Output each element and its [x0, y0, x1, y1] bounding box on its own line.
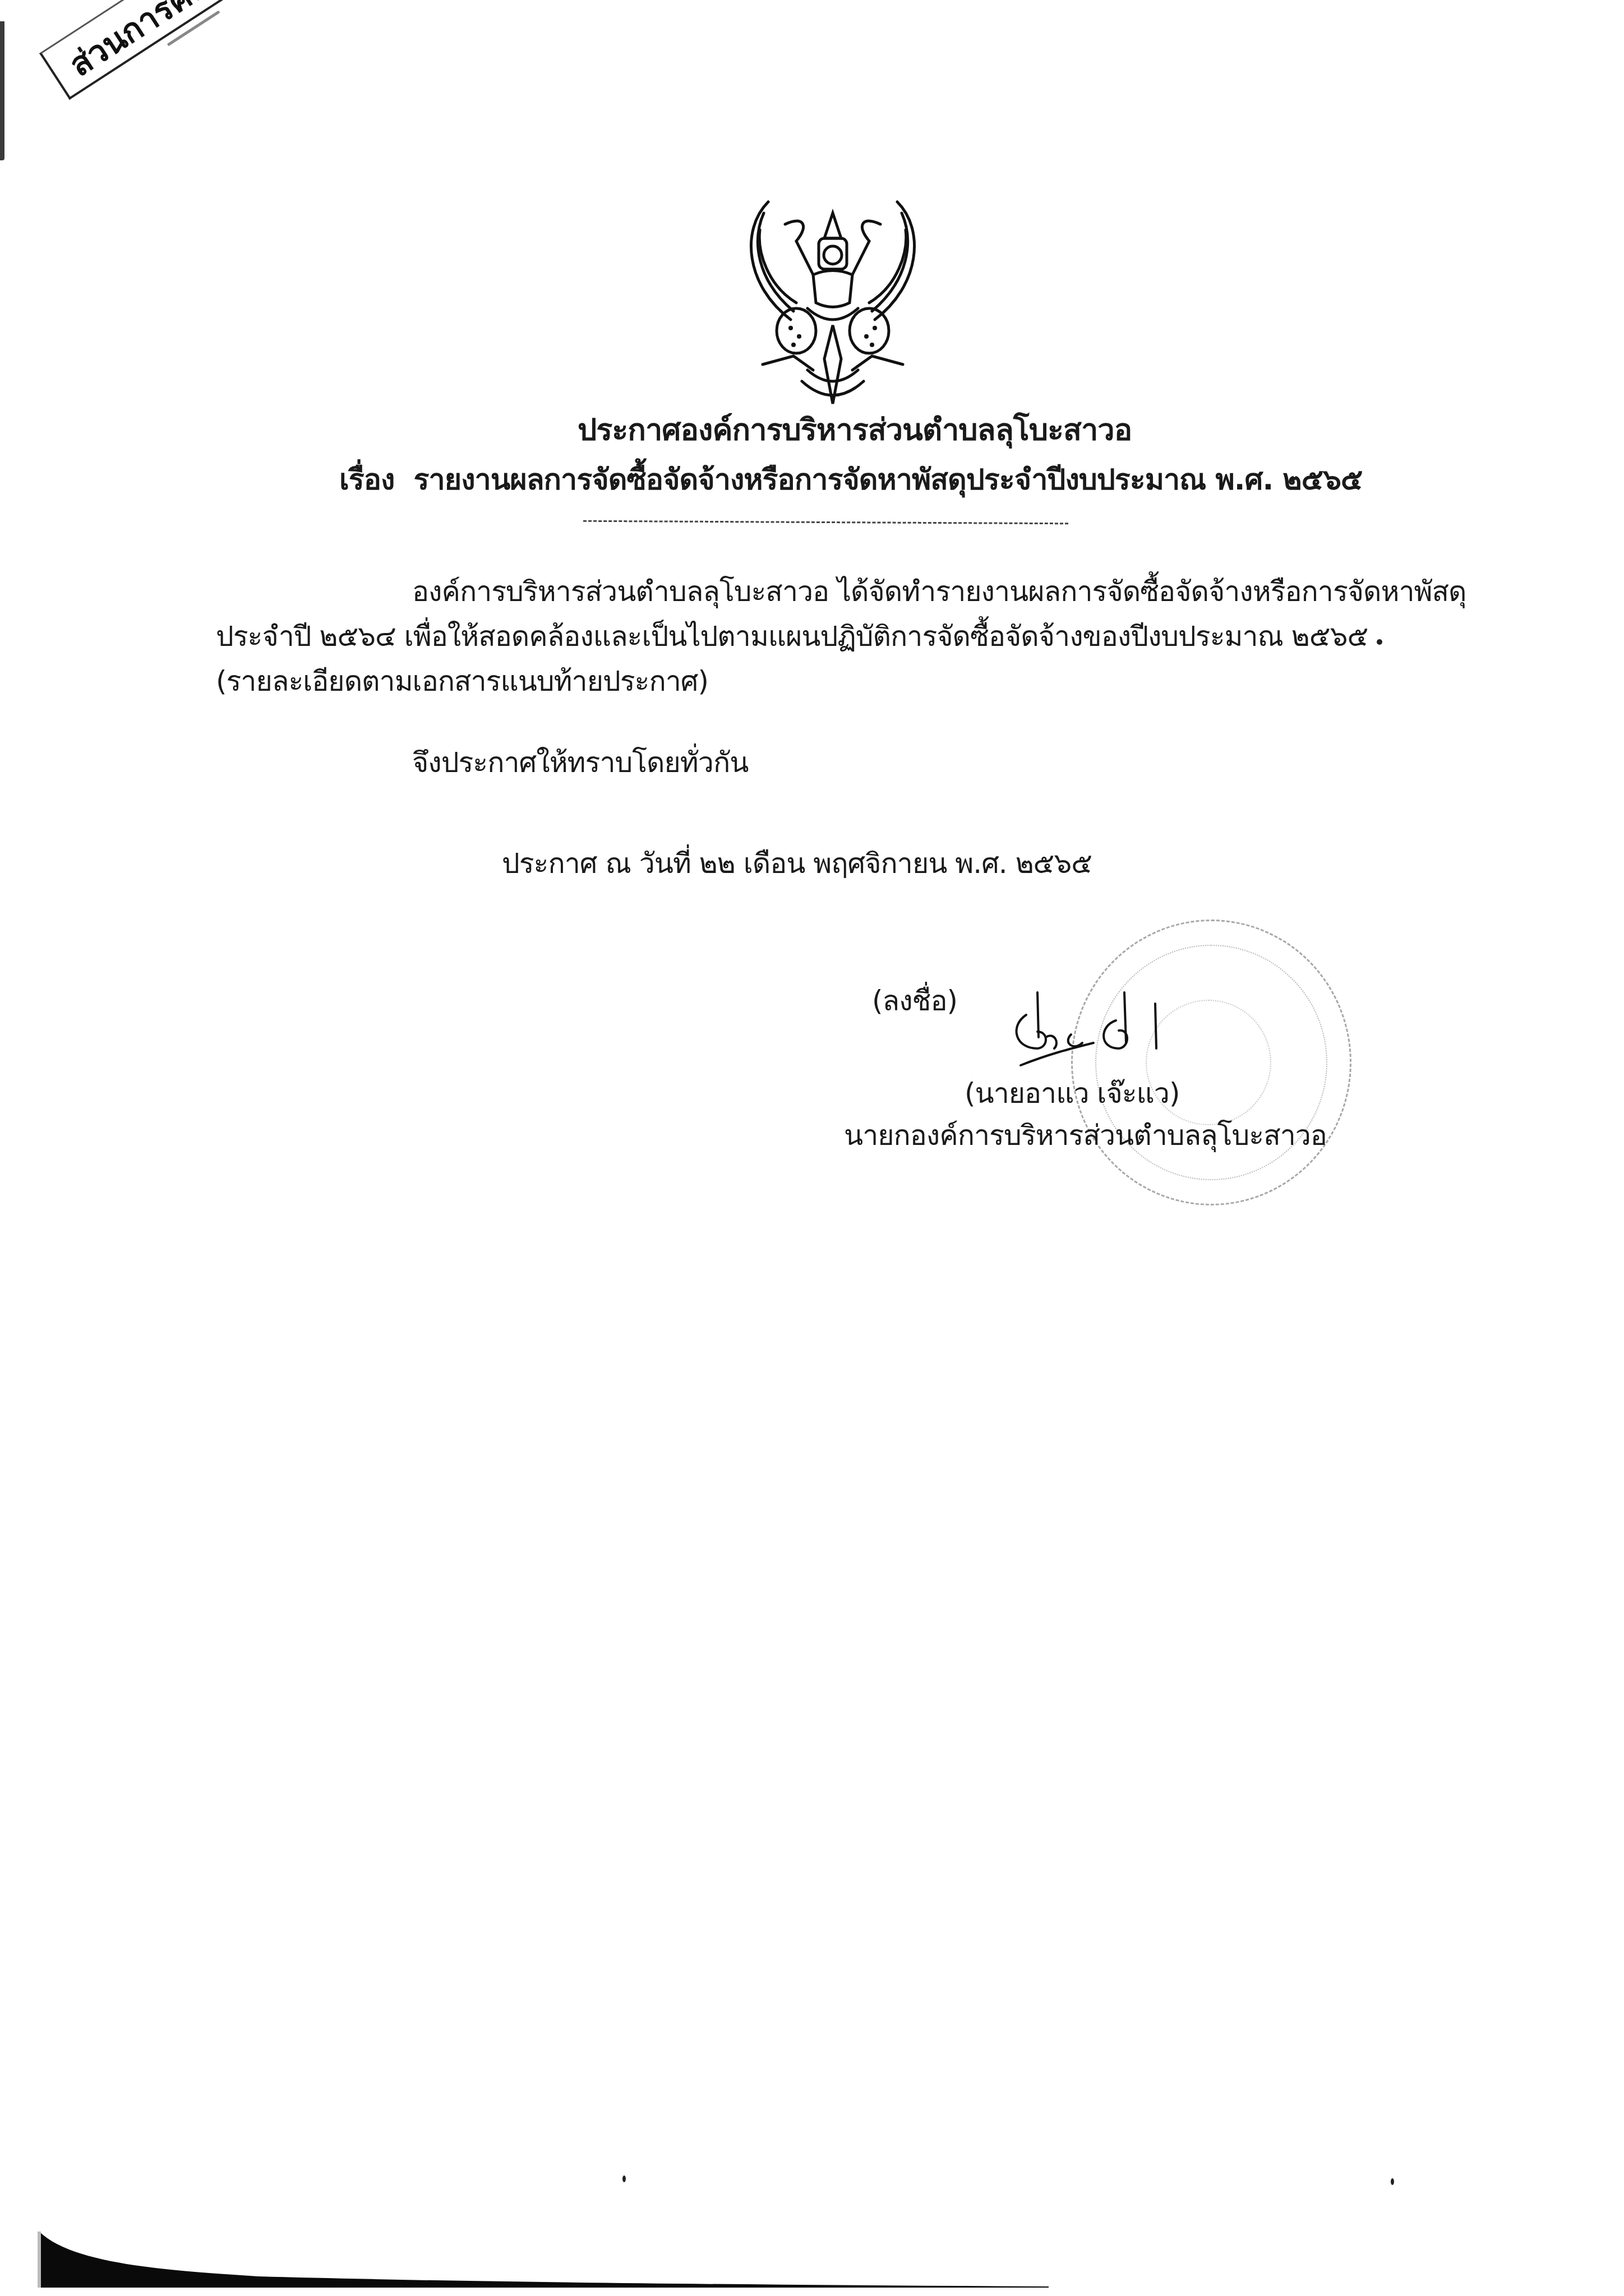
signatory-position: นายกองค์การบริหารส่วนตำบลลุโบะสาวอ: [844, 1121, 1327, 1149]
scan-edge-left: [0, 21, 4, 160]
document-subject: เรื่อง รายงานผลการจัดซื้อจัดจ้างหรือการจ…: [339, 465, 1362, 495]
handwritten-signature-icon: [1004, 981, 1206, 1071]
scan-edge-bottom: [6, 2232, 1049, 2288]
document-title: ประกาศองค์การบริหารส่วนตำบลลุโบะสาวอ: [578, 415, 1132, 445]
paragraph-line-3: (รายละเอียดตามเอกสารแนบท้ายประกาศ): [216, 667, 708, 695]
sign-label: (ลงชื่อ): [872, 987, 957, 1015]
closing-statement: จึงประกาศให้ทราบโดยทั่วกัน: [412, 749, 748, 777]
scan-speck: [1391, 2178, 1394, 2185]
scan-speck: [622, 2175, 626, 2182]
subject-text: รายงานผลการจัดซื้อจัดจ้างหรือการจัดหาพัส…: [414, 463, 1363, 497]
signatory-name: (นายอาแว เจ๊ะแว): [965, 1079, 1179, 1107]
receipt-stamp: ส่วนการคลัง: [39, 0, 223, 96]
garuda-emblem-icon: [729, 191, 936, 415]
announcement-date: ประกาศ ณ วันที่ ๒๒ เดือน พฤศจิกายน พ.ศ. …: [502, 849, 1092, 877]
scan-speck: [1377, 639, 1382, 645]
title-divider: [583, 520, 1068, 525]
paragraph-line-1: องค์การบริหารส่วนตำบลลุโบะสาวอ ได้จัดทำร…: [412, 578, 1466, 606]
receipt-stamp-label: ส่วนการคลัง: [59, 0, 233, 90]
paragraph-line-2: ประจำปี ๒๕๖๔ เพื่อให้สอดคล้องและเป็นไปตา…: [216, 622, 1368, 650]
subject-label: เรื่อง: [339, 463, 394, 497]
